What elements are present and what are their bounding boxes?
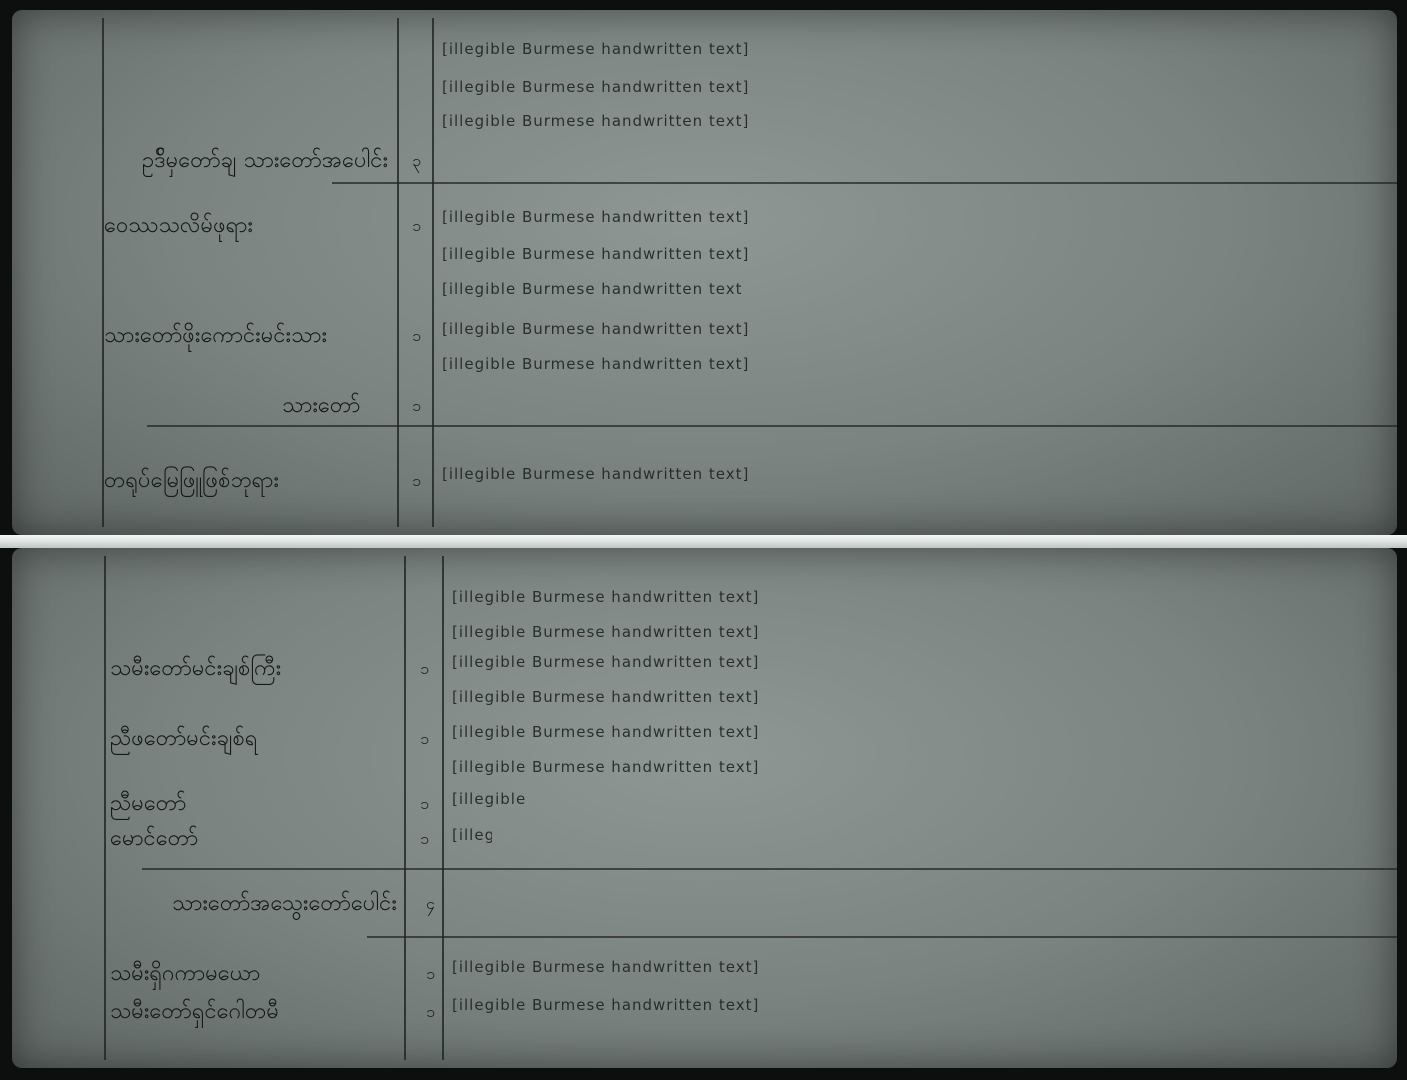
manuscript-page-bottom: [illegible Burmese handwritten text] [il… bbox=[12, 548, 1397, 1068]
entry-heading: ညီမတော် bbox=[110, 788, 186, 821]
entry-number: ၁ bbox=[420, 793, 429, 817]
body-line: [illegible Burmese handwritten text] bbox=[442, 78, 1392, 96]
body-line: [illegible Burmese handwritten text] bbox=[442, 40, 1392, 58]
body-line: [illegible Burmese handwritten text] bbox=[452, 758, 1302, 776]
entry-number: ၁ bbox=[426, 963, 435, 987]
column-divider bbox=[442, 556, 444, 1060]
manuscript-page-top: ဥဒ်ိမှတော်ချ သားတော်အပေါင်း ၃ [illegible… bbox=[12, 10, 1397, 535]
entry-heading: သားတော် bbox=[282, 390, 360, 423]
entry-heading: သားတော်ဖိုးကောင်းမင်းသား bbox=[104, 320, 327, 353]
entry-number: ၁ bbox=[420, 658, 429, 682]
body-line: [illegible Burmese handwritten text] bbox=[452, 826, 492, 844]
entry-heading: ဥဒ်ိမှတော်ချ သားတော်အပေါင်း bbox=[142, 145, 388, 178]
body-line: [illegible Burmese handwritten text] bbox=[452, 688, 1052, 706]
section-divider bbox=[147, 425, 1397, 427]
entry-heading: ဝေဿသလိမ်ဖုရား bbox=[104, 210, 253, 243]
margin-line bbox=[102, 18, 104, 527]
body-line: [illegible Burmese handwritten text] bbox=[452, 588, 1382, 606]
body-line: [illegible Burmese handwritten text] bbox=[452, 958, 1382, 976]
entry-heading: တရုပ်မြေဖြူဖြစ်ဘုရား bbox=[104, 465, 279, 498]
entry-number: ၁ bbox=[420, 828, 429, 852]
column-divider bbox=[404, 556, 406, 1060]
body-line: [illegible Burmese handwritten text] bbox=[442, 112, 942, 130]
section-divider bbox=[142, 868, 1397, 870]
entry-number: ၁ bbox=[412, 470, 421, 494]
body-line: [illegible Burmese handwritten text] bbox=[442, 355, 1392, 373]
entry-heading: သားတော်အသွေးတော်ပေါင်း bbox=[172, 888, 397, 921]
body-line: [illegible Burmese handwritten text] bbox=[452, 996, 1382, 1014]
entry-heading: သမီးတော်မင်းချစ်ကြီး bbox=[110, 653, 281, 686]
body-line: [illegible Burmese handwritten text] bbox=[442, 280, 742, 298]
entry-number: ၁ bbox=[412, 395, 421, 419]
body-line: [illegible Burmese handwritten text] bbox=[442, 208, 1392, 226]
body-line: [illegible Burmese handwritten text] bbox=[452, 653, 1382, 671]
margin-line bbox=[104, 556, 106, 1060]
entry-heading: သမီးရှိဂကာမယော bbox=[110, 958, 260, 991]
entry-number: ၁ bbox=[420, 728, 429, 752]
entry-number: ၁ bbox=[412, 215, 421, 239]
section-divider bbox=[332, 182, 1397, 184]
body-line: [illegible Burmese handwritten text] bbox=[442, 465, 1392, 483]
body-line: [illegible Burmese handwritten text] bbox=[442, 245, 1392, 263]
entry-number: ၁ bbox=[412, 325, 421, 349]
column-divider bbox=[397, 18, 399, 527]
entry-heading: သမီးတော်ရှင်ဂေါတမီ bbox=[110, 996, 279, 1029]
body-line: [illegible Burmese handwritten text] bbox=[442, 320, 1392, 338]
body-line: [illegible Burmese handwritten text] bbox=[452, 790, 532, 808]
entry-number: ၁ bbox=[426, 1001, 435, 1025]
entry-heading: မောင်တော် bbox=[110, 823, 198, 856]
body-line: [illegible Burmese handwritten text] bbox=[452, 723, 1382, 741]
column-divider bbox=[432, 18, 434, 527]
section-divider bbox=[367, 936, 1397, 938]
entry-number: ၃ bbox=[412, 150, 421, 174]
entry-number: ၄ bbox=[426, 893, 435, 917]
page-fold bbox=[0, 535, 1407, 548]
entry-heading: ညီဖတော်မင်းချစ်ရ bbox=[110, 723, 257, 756]
body-line: [illegible Burmese handwritten text] bbox=[452, 623, 852, 641]
